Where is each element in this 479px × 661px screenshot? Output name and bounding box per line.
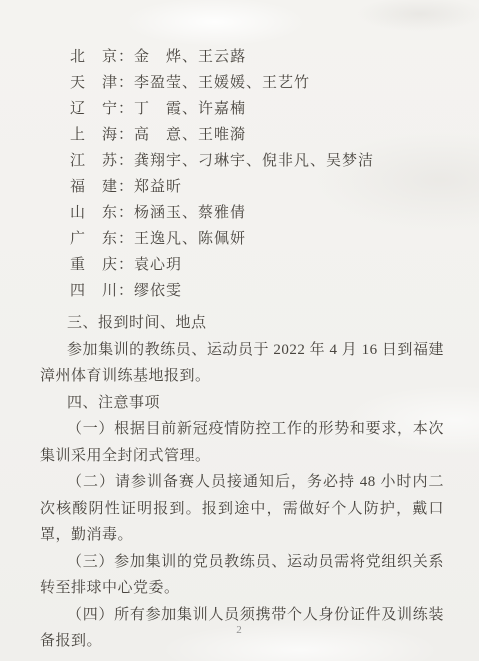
athlete-names: 郑益昕 <box>134 179 182 195</box>
roster-row: 福 建：郑益昕 <box>70 174 444 200</box>
athlete-names: 李盈莹、王媛媛、王艺竹 <box>134 75 310 91</box>
region-label: 辽 宁： <box>70 101 134 117</box>
roster-row: 天 津：李盈莹、王媛媛、王艺竹 <box>70 70 444 96</box>
region-label: 山 东： <box>70 205 134 221</box>
region-label: 天 津： <box>70 75 134 91</box>
athlete-names: 缪依雯 <box>134 283 182 299</box>
region-label: 上 海： <box>70 127 134 143</box>
section-report-body: 参加集训的教练员、运动员于 2022 年 4 月 16 日到福建漳州体育训练基地… <box>40 337 444 390</box>
athlete-names: 金 烨、王云蕗 <box>134 49 246 65</box>
roster-row: 北 京：金 烨、王云蕗 <box>70 44 444 70</box>
notes-item-2: （二）请参训备赛人员接通知后，务必持 48 小时内二次核酸阴性证明报到。报到途中… <box>40 469 444 549</box>
region-label: 广 东： <box>70 231 134 247</box>
roster-row: 四 川：缪依雯 <box>70 278 444 304</box>
section-heading-report: 三、报到时间、地点 <box>40 310 444 337</box>
roster-row: 上 海：高 意、王唯漪 <box>70 122 444 148</box>
document-body: 北 京：金 烨、王云蕗 天 津：李盈莹、王媛媛、王艺竹 辽 宁：丁 霞、许嘉楠 … <box>40 44 444 655</box>
athlete-names: 王逸凡、陈佩妍 <box>134 231 246 247</box>
roster-row: 广 东：王逸凡、陈佩妍 <box>70 226 444 252</box>
scanned-document-page: 北 京：金 烨、王云蕗 天 津：李盈莹、王媛媛、王艺竹 辽 宁：丁 霞、许嘉楠 … <box>0 0 479 661</box>
athlete-names: 杨涵玉、蔡雅倩 <box>134 205 246 221</box>
roster-row: 江 苏：龚翔宇、刁琳宇、倪非凡、吴梦洁 <box>70 148 444 174</box>
page-number: 2 <box>0 624 479 636</box>
notes-item-3: （三）参加集训的党员教练员、运动员需将党组织关系转至排球中心党委。 <box>40 549 444 602</box>
document-sections: 三、报到时间、地点 参加集训的教练员、运动员于 2022 年 4 月 16 日到… <box>40 310 444 655</box>
athlete-roster: 北 京：金 烨、王云蕗 天 津：李盈莹、王媛媛、王艺竹 辽 宁：丁 霞、许嘉楠 … <box>40 44 444 304</box>
athlete-names: 高 意、王唯漪 <box>134 127 246 143</box>
section-heading-notes: 四、注意事项 <box>40 390 444 417</box>
athlete-names: 龚翔宇、刁琳宇、倪非凡、吴梦洁 <box>134 153 374 169</box>
roster-row: 辽 宁：丁 霞、许嘉楠 <box>70 96 444 122</box>
region-label: 福 建： <box>70 179 134 195</box>
athlete-names: 袁心玥 <box>134 257 182 273</box>
notes-item-1: （一）根据目前新冠疫情防控工作的形势和要求，本次集训采用全封闭式管理。 <box>40 416 444 469</box>
region-label: 四 川： <box>70 283 134 299</box>
region-label: 重 庆： <box>70 257 134 273</box>
roster-row: 重 庆：袁心玥 <box>70 252 444 278</box>
region-label: 北 京： <box>70 49 134 65</box>
athlete-names: 丁 霞、许嘉楠 <box>134 101 246 117</box>
region-label: 江 苏： <box>70 153 134 169</box>
roster-row: 山 东：杨涵玉、蔡雅倩 <box>70 200 444 226</box>
